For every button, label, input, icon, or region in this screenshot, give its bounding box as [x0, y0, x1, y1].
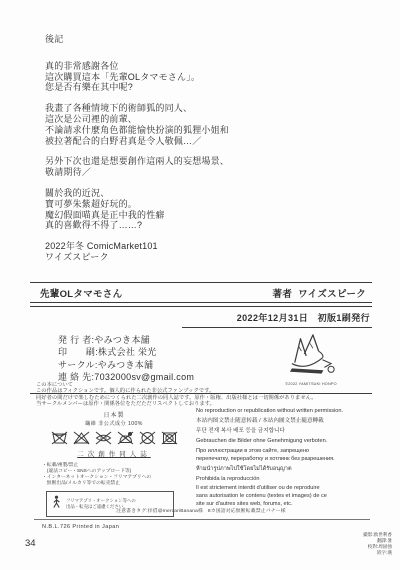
notice-th: ห้ามนำรูปภาพไปใช้โดยไม่ได้รับอนุญาต [196, 466, 372, 474]
credit-line: 嵌字:漢 [328, 550, 392, 556]
publisher-row: 発 行 者:やみつき本舗 [58, 334, 194, 347]
afterword-line: 不論請求什麼角色都能愉快扮演的狐狸小姐和 [45, 125, 365, 136]
afterword-paragraph: 另外下次也還是想要創作這兩人的妄想場景、 敬請期待／ [45, 156, 365, 178]
afterword-line: 這次購買這本「先輩OLタマモさん」。 [45, 72, 365, 83]
notice-zh: 本站内图文禁止随意转载 / 本站內圖文禁止隨意轉載 [196, 418, 372, 426]
afterword-signoff: 2022年冬 ComicMarket101 ワイズスピーク [45, 241, 365, 263]
resale-warning-list: ・転載/複製/禁止 (違法コピー・SNSへのアップロード等) ・インターネットオ… [42, 463, 190, 487]
disclaimer-section: この本について この作品はフィクションです。個人的に作られた非公式ファンブックで… [36, 382, 366, 408]
no-wring-icon [94, 430, 113, 446]
no-iron-icon [116, 430, 135, 446]
fox-sketch-icon [278, 363, 344, 380]
afterword-line: 寶可夢朱紫超好玩的。 [45, 199, 365, 210]
circle-row: サークル:やみつき本舗 [58, 359, 194, 372]
page-number: 34 [25, 538, 36, 549]
care-label-section: 日本製 繊維 非公式成分 100% 二次創作同人誌 ・転載/複製/禁止 (違法 [38, 410, 190, 517]
notice-fr: sans autorisation le contenu (textes et … [196, 493, 372, 501]
afterword-line: 真的非常感謝各位 [45, 61, 365, 72]
composition-label: 繊維 非公式成分 100% [38, 420, 190, 427]
no-bleach-icon [72, 430, 91, 446]
afterword-line: 另外下次也還是想要創作這兩人的妄想場景、 [45, 156, 365, 167]
made-in-label: 日本製 [38, 410, 190, 419]
afterword-line: 我畫了各種情境下的術師狐的同人、 [45, 103, 365, 114]
afterword-line: 真的喜歡得不得了……? [45, 220, 365, 231]
printed-in-japan-line: N.B.L.726 Printed in Japan [42, 524, 119, 530]
afterword-paragraph: 真的非常感謝各位 這次購買這本「先輩OLタマモさん」。 您是否有樂在其中呢? [45, 61, 365, 93]
afterword-paragraph: 我畫了各種情境下的術師狐的同人、 這次是公司裡的前輩、 不論請求什麼角色都能愉快… [45, 103, 365, 146]
notice-en: No reproduction or republication without… [196, 408, 372, 416]
afterword-line: 敬請期待／ [45, 167, 365, 178]
afterword-line: ワイズスピーク [45, 252, 365, 263]
disclaimer-line: 当サークルメンバーは原作・関係各位をただただリスペクトしております。 [36, 401, 366, 407]
afterword-line: 魔幻假面喵真是正中我的性癖 [45, 210, 365, 221]
no-wash-icon [50, 430, 69, 446]
afterword-line: 您是否有樂在其中呢? [45, 82, 365, 93]
author-credit: 著者ワイズスピーク [267, 286, 366, 300]
printer-row: 印 刷:株式会社 栄光 [58, 346, 194, 359]
banner-credit-line: 注意書きタグ:拝借@mercariBanana様 8カ国語対応無断転載禁止バナー… [30, 507, 372, 514]
product-type-label: 二次創作同人誌 [38, 449, 190, 458]
notice-ru: Про иллюстрации в этом сайте, запрещено [196, 448, 372, 456]
notice-ru: перепечатку, переработку и хотлинк без р… [196, 456, 372, 464]
no-dryclean-icon [138, 430, 157, 446]
afterword-heading: 後記 [45, 34, 365, 45]
care-symbols-row [38, 430, 190, 446]
translation-credits: 撮影:救世利香 翻譯:暑 校對:周固強 嵌字:漢 [328, 532, 392, 556]
no-reproduction-notices: No reproduction or republication without… [196, 408, 372, 508]
colophon-box: 先輩OLタマモさん 著者ワイズスピーク 2022年12月31日 初版1刷発行 発… [30, 282, 372, 394]
notice-de: Gebrauchen die Bilder ohne Genehmigung v… [196, 438, 372, 446]
edition-date: 2022年12月31日 初版1刷発行 [182, 307, 372, 328]
afterword-line: 這次是公司裡的前輩、 [45, 114, 365, 125]
notice-es: Prohibida la reproducción [196, 476, 372, 484]
notice-ko: 무단 전재 복사 배포 등을 금지합니다 [196, 428, 372, 436]
publication-details: 発 行 者:やみつき本舗 印 刷:株式会社 栄光 サークル:やみつき本舗 連 絡… [58, 334, 194, 386]
afterword-section: 後記 真的非常感謝各位 這次購買這本「先輩OLタマモさん」。 您是否有樂在其中呢… [45, 34, 365, 273]
afterword-line: 2022年冬 ComicMarket101 [45, 241, 365, 252]
circle-logo: ©2022 YAMITSUKI HONPO [268, 332, 354, 386]
notice-fr: Il est strictement interdit d'utiliser o… [196, 485, 372, 493]
footer-divider [34, 519, 370, 520]
afterword-line: 被拉著配合的白野君真是令人敬佩…／ [45, 136, 365, 147]
afterword-line: 關於我的近況、 [45, 188, 365, 199]
afterword-paragraph: 關於我的近況、 寶可夢朱紫超好玩的。 魔幻假面喵真是正中我的性癖 真的喜歡得不得… [45, 188, 365, 231]
no-tumble-icon [160, 430, 179, 446]
book-title: 先輩OLタマモさん [40, 286, 122, 300]
